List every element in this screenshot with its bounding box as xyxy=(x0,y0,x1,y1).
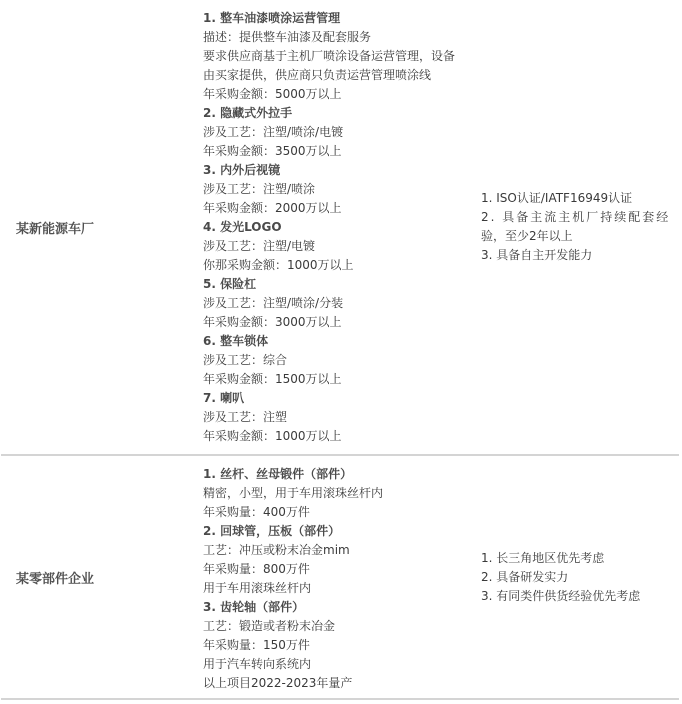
requirement-item: 3. 具备自主开发能力 xyxy=(481,246,679,265)
item-detail: 年采购金额：5000万以上 xyxy=(203,85,478,104)
item-detail: 涉及工艺：注塑/喷涂/分装 xyxy=(203,294,478,313)
item-detail: 年采购量：800万件 xyxy=(203,560,478,579)
item-detail: 涉及工艺：注塑/电镀 xyxy=(203,237,478,256)
item-detail: 涉及工艺：注塑/喷涂/电镀 xyxy=(203,123,478,142)
item-title: 2. 隐藏式外拉手 xyxy=(203,104,478,123)
table-row-new-energy-oem: 某新能源车厂 1. 整车油漆喷涂运营管理 描述：提供整车油漆及配套服务 要求供应… xyxy=(1,0,679,455)
company-cell: 某零部件企业 xyxy=(1,455,203,699)
company-cell: 某新能源车厂 xyxy=(1,0,203,455)
item-detail: 工艺：冲压或粉末冶金mim xyxy=(203,541,478,560)
item-detail: 描述：提供整车油漆及配套服务 xyxy=(203,28,478,47)
item-detail: 年采购金额：2000万以上 xyxy=(203,199,478,218)
item-detail: 要求供应商基于主机厂喷涂设备运营管理，设备 xyxy=(203,47,478,66)
item-title: 3. 内外后视镜 xyxy=(203,161,478,180)
supplier-requirements-table: 某新能源车厂 1. 整车油漆喷涂运营管理 描述：提供整车油漆及配套服务 要求供应… xyxy=(1,0,679,700)
item-detail: 精密，小型，用于车用滚珠丝杆内 xyxy=(203,484,478,503)
item-title: 7. 喇叭 xyxy=(203,389,478,408)
company-name: 某零部件企业 xyxy=(16,572,94,587)
item-detail: 年采购金额：3000万以上 xyxy=(203,313,478,332)
requirement-item: 2. 具备主流主机厂持续配套经 xyxy=(481,208,679,227)
item-title: 6. 整车锁体 xyxy=(203,332,478,351)
requirement-item: 3. 有同类件供货经验优先考虑 xyxy=(481,587,679,606)
requirements-cell: 1. ISO认证/IATF16949认证 2. 具备主流主机厂持续配套经 验，至… xyxy=(478,0,679,455)
item-detail: 涉及工艺：注塑/喷涂 xyxy=(203,180,478,199)
item-detail: 年采购金额：1000万以上 xyxy=(203,427,478,446)
item-detail: 涉及工艺：注塑 xyxy=(203,408,478,427)
item-detail: 年采购金额：3500万以上 xyxy=(203,142,478,161)
item-title: 1. 丝杆、丝母锻件（部件） xyxy=(203,465,478,484)
item-detail: 工艺：锻造或者粉末冶金 xyxy=(203,617,478,636)
item-detail: 涉及工艺：综合 xyxy=(203,351,478,370)
item-detail: 你那采购金额：1000万以上 xyxy=(203,256,478,275)
item-detail: 用于汽车转向系统内 xyxy=(203,655,478,674)
items-list: 1. 丝杆、丝母锻件（部件） 精密，小型，用于车用滚珠丝杆内 年采购量：400万… xyxy=(203,461,478,693)
item-detail: 年采购量：400万件 xyxy=(203,503,478,522)
item-title: 1. 整车油漆喷涂运营管理 xyxy=(203,9,478,28)
item-detail: 年采购量：150万件 xyxy=(203,636,478,655)
items-cell: 1. 丝杆、丝母锻件（部件） 精密，小型，用于车用滚珠丝杆内 年采购量：400万… xyxy=(203,455,478,699)
requirements-cell: 1. 长三角地区优先考虑 2. 具备研发实力 3. 有同类件供货经验优先考虑 xyxy=(478,455,679,699)
item-detail: 以上项目2022-2023年量产 xyxy=(203,674,478,693)
requirement-item: 2. 具备研发实力 xyxy=(481,568,679,587)
item-detail: 年采购金额：1500万以上 xyxy=(203,370,478,389)
company-name: 某新能源车厂 xyxy=(16,222,94,237)
item-title: 2. 回球管，压板（部件） xyxy=(203,522,478,541)
item-detail: 用于车用滚珠丝杆内 xyxy=(203,579,478,598)
item-detail: 由买家提供，供应商只负责运营管理喷涂线 xyxy=(203,66,478,85)
item-title: 5. 保险杠 xyxy=(203,275,478,294)
items-list: 1. 整车油漆喷涂运营管理 描述：提供整车油漆及配套服务 要求供应商基于主机厂喷… xyxy=(203,8,478,446)
requirement-item: 1. ISO认证/IATF16949认证 xyxy=(481,189,679,208)
items-cell: 1. 整车油漆喷涂运营管理 描述：提供整车油漆及配套服务 要求供应商基于主机厂喷… xyxy=(203,0,478,455)
requirement-item: 验，至少2年以上 xyxy=(481,227,679,246)
item-title: 4. 发光LOGO xyxy=(203,218,478,237)
table-row-parts-company: 某零部件企业 1. 丝杆、丝母锻件（部件） 精密，小型，用于车用滚珠丝杆内 年采… xyxy=(1,455,679,699)
item-title: 3. 齿轮轴（部件） xyxy=(203,598,478,617)
requirement-item: 1. 长三角地区优先考虑 xyxy=(481,549,679,568)
